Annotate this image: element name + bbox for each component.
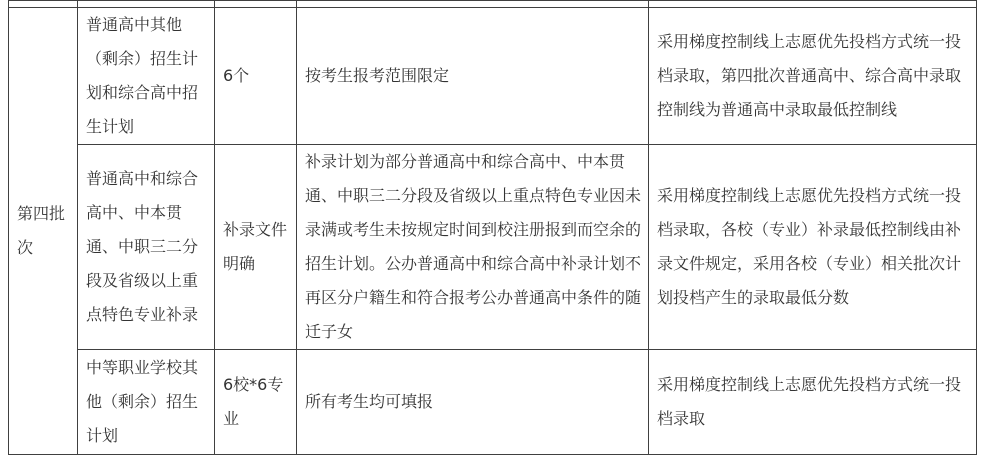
scope-cell-row2: 补录计划为部分普通高中和综合高中、中本贯通、中职三二分段及省级以上重点特色专业因… bbox=[297, 145, 649, 350]
quota-cell-row2: 补录文件明确 bbox=[215, 145, 297, 350]
plan-cell-row3: 中等职业学校其他（剩余）招生计划 bbox=[78, 350, 215, 455]
quota-cell-row1: 6个 bbox=[215, 8, 297, 145]
partial-cell-method bbox=[649, 1, 977, 8]
plan-cell-row2: 普通高中和综合高中、中本贯通、中职三二分段及省级以上重点特色专业补录 bbox=[78, 145, 215, 350]
scope-cell-row3: 所有考生均可填报 bbox=[297, 350, 649, 455]
table-row-1: 第四批次 普通高中其他（剩余）招生计划和综合高中招生计划 6个 按考生报考范围限… bbox=[9, 8, 977, 145]
quota-cell-row3: 6校*6专业 bbox=[215, 350, 297, 455]
partial-cell-plan bbox=[78, 1, 215, 8]
partial-cell-scope bbox=[297, 1, 649, 8]
partial-cell-quota bbox=[215, 1, 297, 8]
method-cell-row1: 采用梯度控制线上志愿优先投档方式统一投档录取，第四批次普通高中、综合高中录取控制… bbox=[649, 8, 977, 145]
partial-cell-batch bbox=[9, 1, 78, 8]
table-row-partial bbox=[9, 1, 977, 8]
table-row-3: 中等职业学校其他（剩余）招生计划 6校*6专业 所有考生均可填报 采用梯度控制线… bbox=[9, 350, 977, 455]
scope-cell-row1: 按考生报考范围限定 bbox=[297, 8, 649, 145]
page: 第四批次 普通高中其他（剩余）招生计划和综合高中招生计划 6个 按考生报考范围限… bbox=[0, 0, 981, 458]
method-cell-row3: 采用梯度控制线上志愿优先投档方式统一投档录取 bbox=[649, 350, 977, 455]
batch-label-cell: 第四批次 bbox=[9, 8, 78, 455]
method-cell-row2: 采用梯度控制线上志愿优先投档方式统一投档录取，各校（专业）补录最低控制线由补录文… bbox=[649, 145, 977, 350]
table-row-2: 普通高中和综合高中、中本贯通、中职三二分段及省级以上重点特色专业补录 补录文件明… bbox=[9, 145, 977, 350]
plan-cell-row1: 普通高中其他（剩余）招生计划和综合高中招生计划 bbox=[78, 8, 215, 145]
admission-batch-table: 第四批次 普通高中其他（剩余）招生计划和综合高中招生计划 6个 按考生报考范围限… bbox=[8, 0, 977, 455]
